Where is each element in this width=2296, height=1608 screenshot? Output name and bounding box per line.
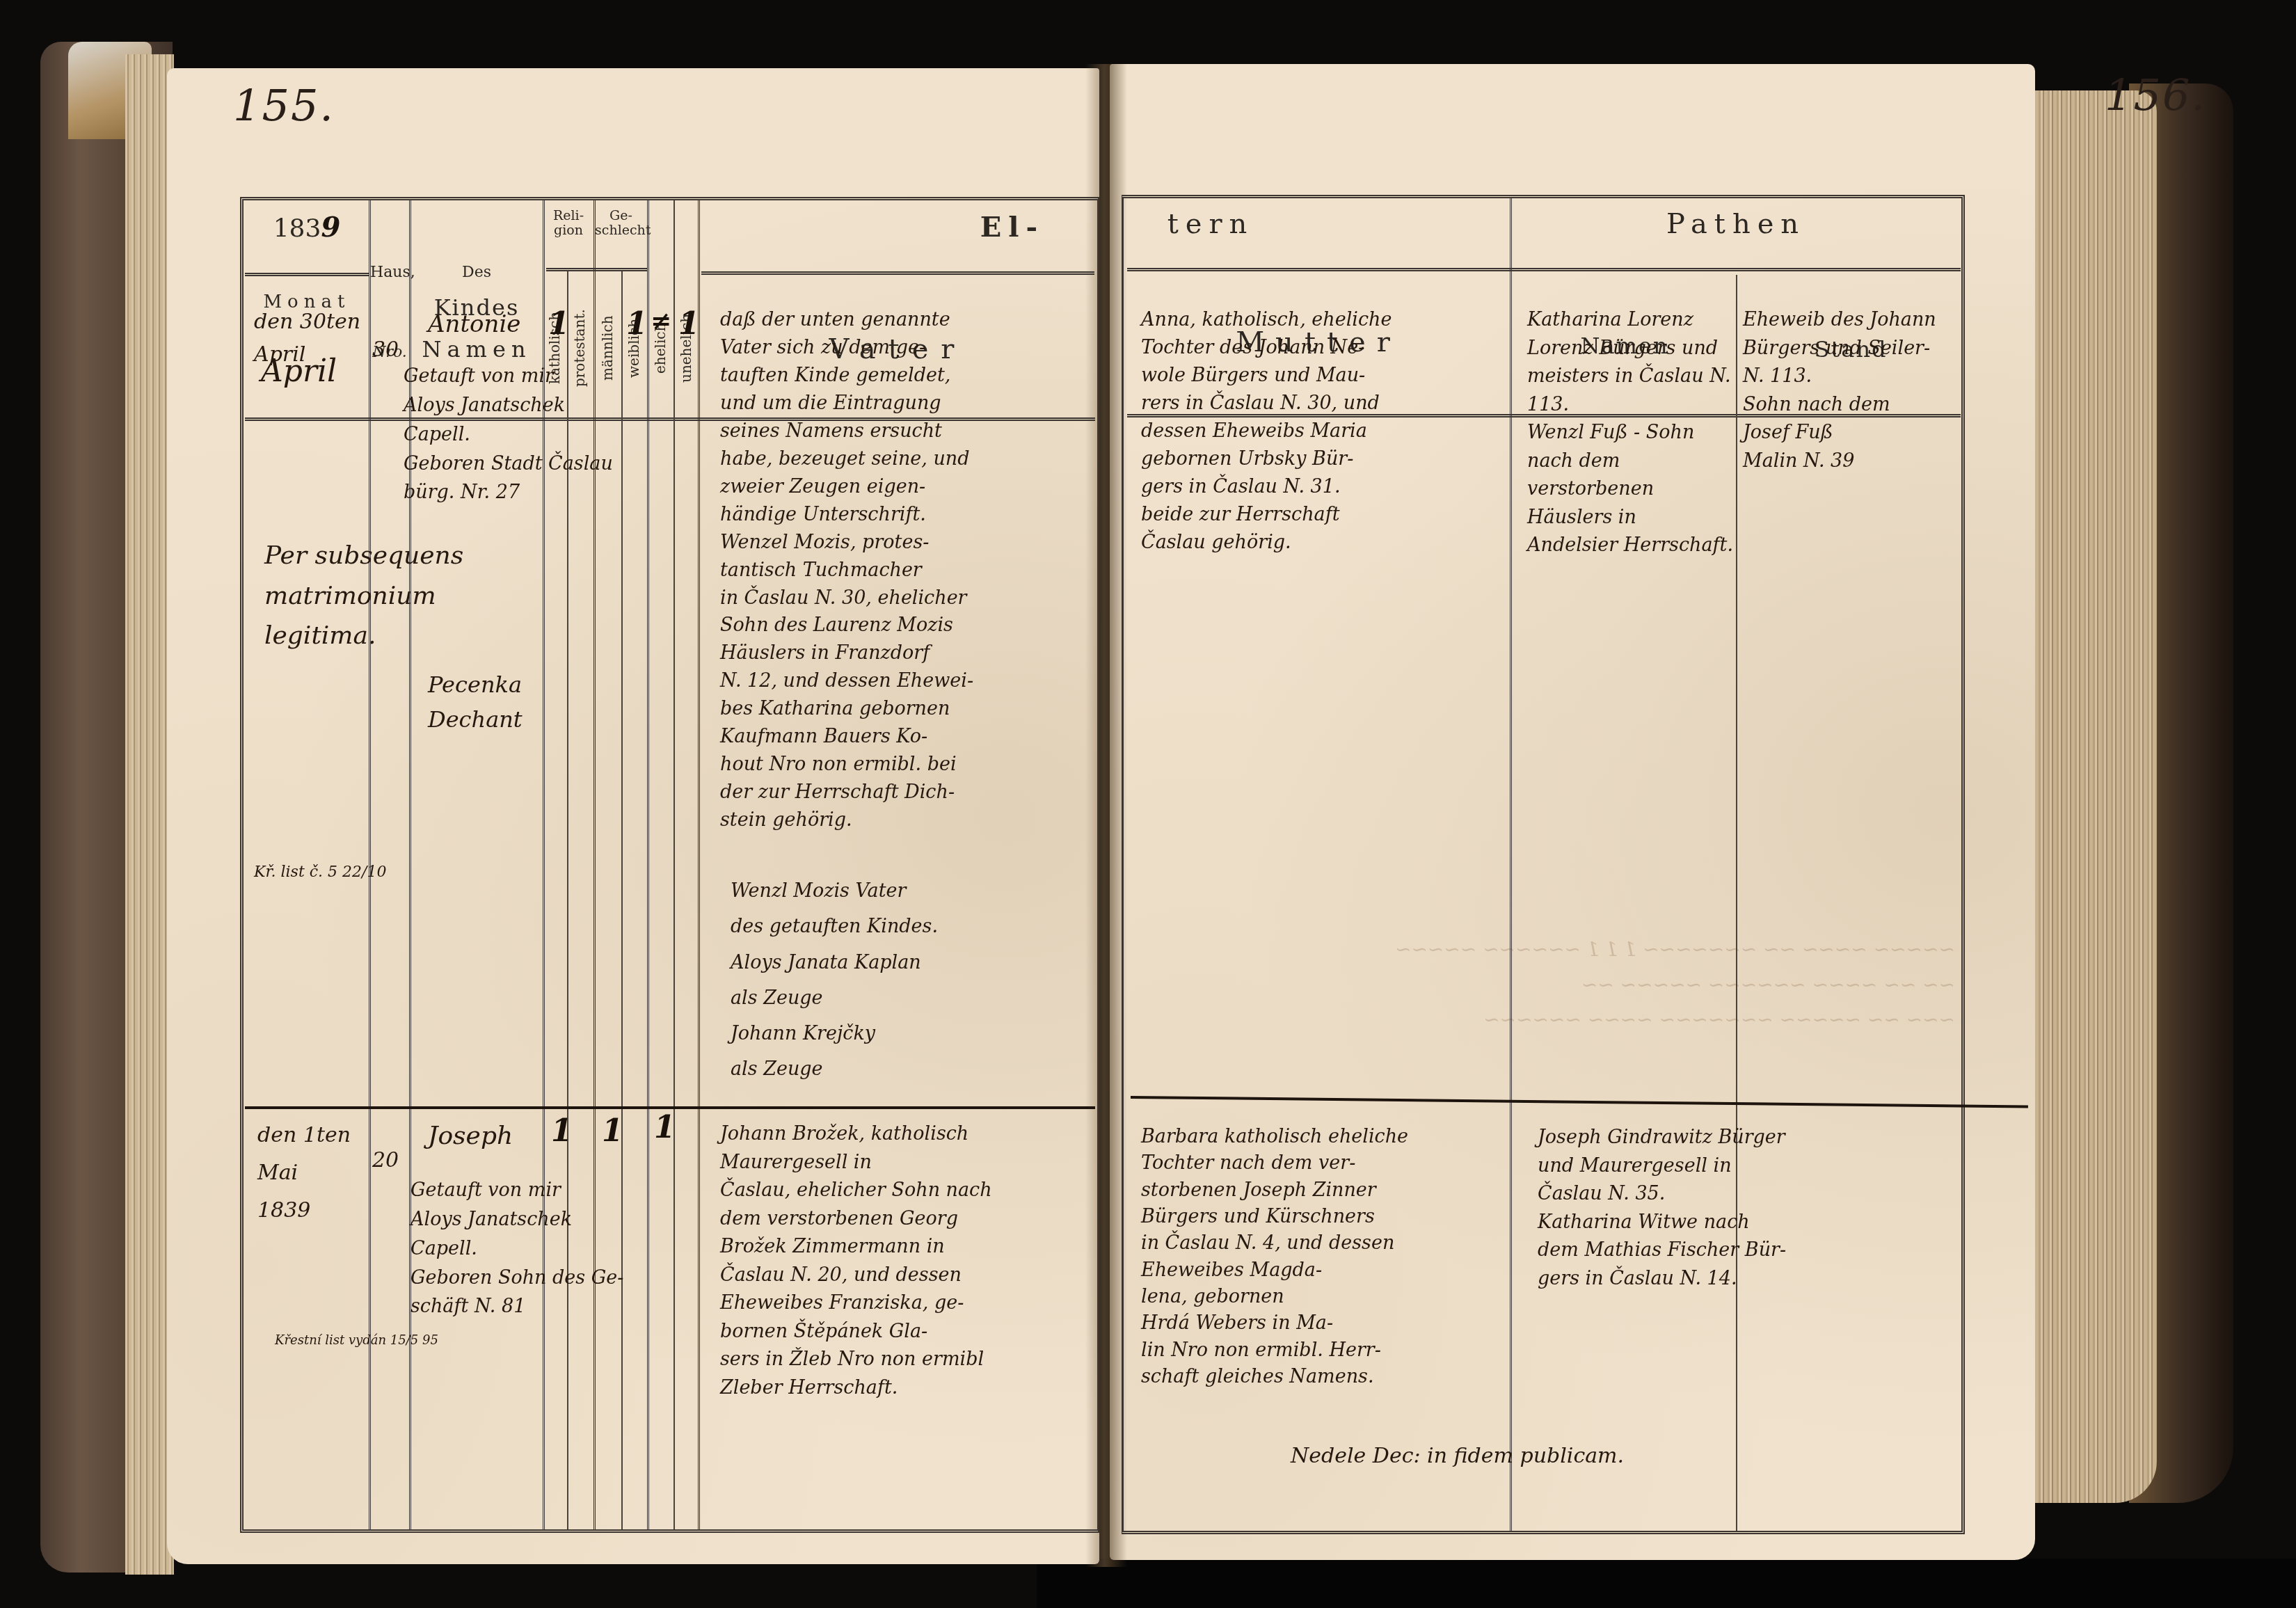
entry-1-pathen-namen: Katharina Lorenz Lorenz Bürgers und meis… (1527, 306, 1736, 560)
background (1037, 1559, 2296, 1608)
entry-1-child-name: Antonie (428, 306, 520, 343)
entry-2-mutter: Barbara katholisch eheliche Tochter nach… (1141, 1124, 1510, 1390)
entry-1-ehelich-mark: ≠ (651, 306, 671, 335)
entry-2-child-name: Joseph (428, 1117, 513, 1156)
geschlecht-label: Ge- schlecht (595, 209, 647, 238)
entry-1-pathen-stand: Eheweib des Johann Bürgers und Seiler- N… (1743, 306, 1959, 475)
eltern-label-right: tern (1141, 209, 1280, 239)
entry-2-vater: Johann Brožek, katholisch Maurergesell i… (720, 1120, 1096, 1402)
kindes-label-des: Des (410, 264, 543, 281)
entry-2-pathen-namen: Joseph Gindrawitz Bürger und Maurergesel… (1538, 1124, 1955, 1293)
year-handwritten: 9 (321, 211, 340, 244)
pathen-label: Pathen (1513, 209, 1959, 239)
entry-1-weiblich-mark: 1 (626, 306, 648, 342)
entry-1-side-note: Kř. list č. 5 22/10 (254, 863, 386, 883)
haus-label: Haus, (370, 264, 409, 281)
entry-2-maennlich-mark: 1 (602, 1113, 623, 1149)
page-stack-right (2032, 90, 2157, 1503)
closing-note: Nedele Dec: in fidem publicam. (1291, 1440, 1624, 1473)
header-divider-religion-sub (546, 268, 647, 271)
entry-1-legitimation: Per subsequens matrimonium legitima. (264, 536, 463, 656)
col-divider-pathen (1736, 275, 1737, 1531)
entry-1-unehelich-mark: 1 (678, 306, 700, 342)
entry-1-katholisch-mark: 1 (548, 306, 570, 342)
page-number-right: 156. (2105, 70, 2206, 120)
entry-1-child-notes: Getauft von mir Aloys Janatschek Capell.… (404, 362, 703, 507)
page-number-left: 155. (233, 80, 335, 131)
col-divider-mutter (1510, 198, 1512, 1531)
religion-label: Reli- gion (544, 209, 593, 238)
entry-1-date: den 30ten April (254, 306, 360, 371)
eltern-label-left: El- (960, 212, 1065, 243)
header-divider-eltern (701, 271, 1094, 275)
entry-2-date: den 1ten Mai 1839 (257, 1117, 351, 1229)
entry-2-ehelich-mark: 1 (654, 1110, 676, 1145)
year-header: 1839 (245, 212, 369, 243)
entry-1-signature: Pecenka Dechant (428, 668, 523, 737)
entry-1-vater-signatures: Wenzl Mozis Vater des getauften Kindes. … (731, 873, 1092, 1088)
entry-1-vater: daß der unten genannte Vater sich zu dem… (720, 306, 1096, 834)
header-divider-year (245, 273, 369, 276)
entry-separator-left (245, 1106, 1095, 1109)
entry-2-child-notes: Getauft von mir Aloys Janatschek Capell.… (410, 1176, 703, 1321)
entry-1-house-no: 30 (372, 334, 399, 367)
entry-1-mutter: Anna, katholisch, eheliche Tochter des J… (1141, 306, 1510, 557)
entry-2-house-no: 20 (372, 1145, 399, 1177)
entry-2-katholisch-mark: 1 (551, 1113, 573, 1149)
header-divider-eltern-right (1127, 268, 1961, 271)
entry-2-side-note: Křestní list vydán 15/5 95 (275, 1332, 438, 1348)
